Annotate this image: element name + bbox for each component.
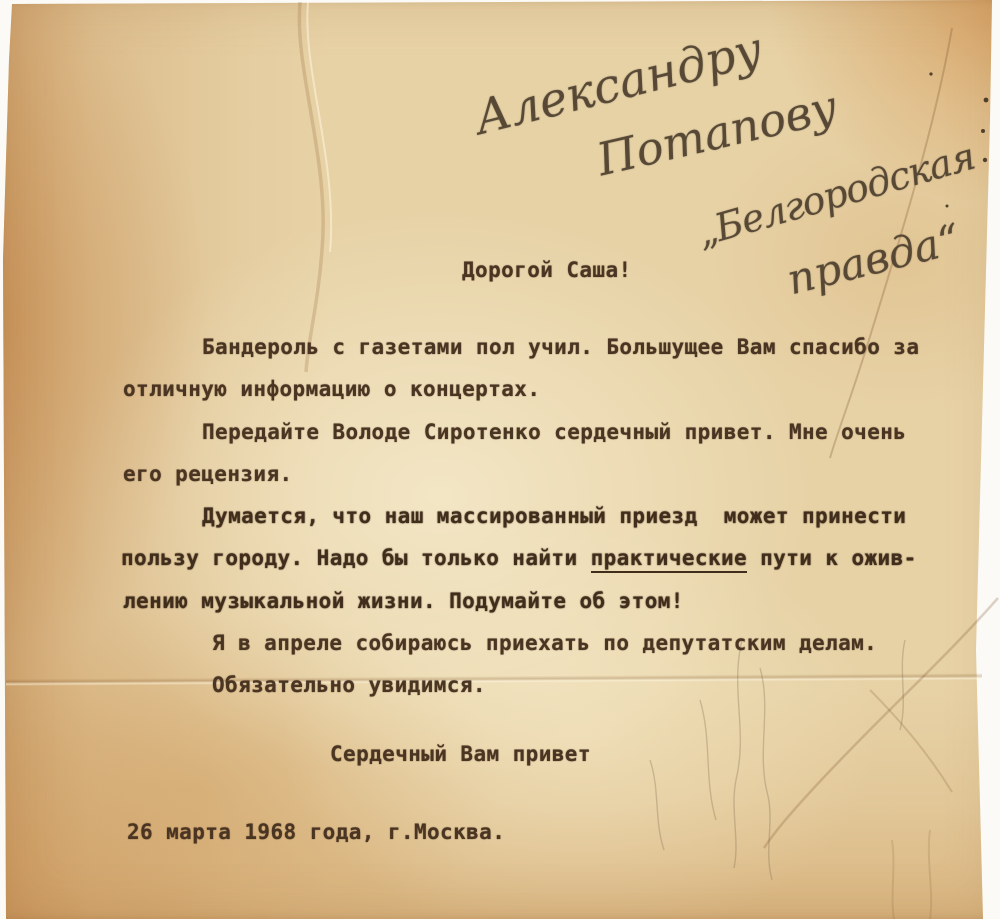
body-line-segment: пользу городу. Надо бы только найти	[121, 546, 591, 570]
body-line: Обязательно увидимся.	[212, 672, 486, 698]
underlined-word: практические	[591, 546, 748, 573]
body-line: отличную информацию о концертах.	[123, 376, 540, 402]
body-line: Передайте Володе Сиротенко сердечный при…	[202, 419, 906, 445]
body-line: лению музыкальной жизни. Подумайте об эт…	[123, 588, 684, 614]
body-line: Я в апреле собираюсь приехать по депутат…	[212, 630, 877, 656]
body-line: Бандероль с газетами пол учил. Большущее…	[202, 334, 919, 360]
body-line: пользу городу. Надо бы только найти прак…	[121, 545, 917, 571]
salutation: Дорогой Саша!	[462, 257, 632, 283]
body-line: его рецензия.	[123, 461, 293, 487]
scanned-letter-page: Александру Потапову „Белгородская правда…	[0, 0, 1000, 919]
closing-line: Сердечный Вам привет	[330, 741, 591, 767]
body-line: Думается, что наш массированный приезд м…	[202, 503, 906, 529]
body-line-segment: пути к ожив-	[747, 546, 917, 570]
dateline: 26 марта 1968 года, г.Москва.	[127, 819, 505, 845]
